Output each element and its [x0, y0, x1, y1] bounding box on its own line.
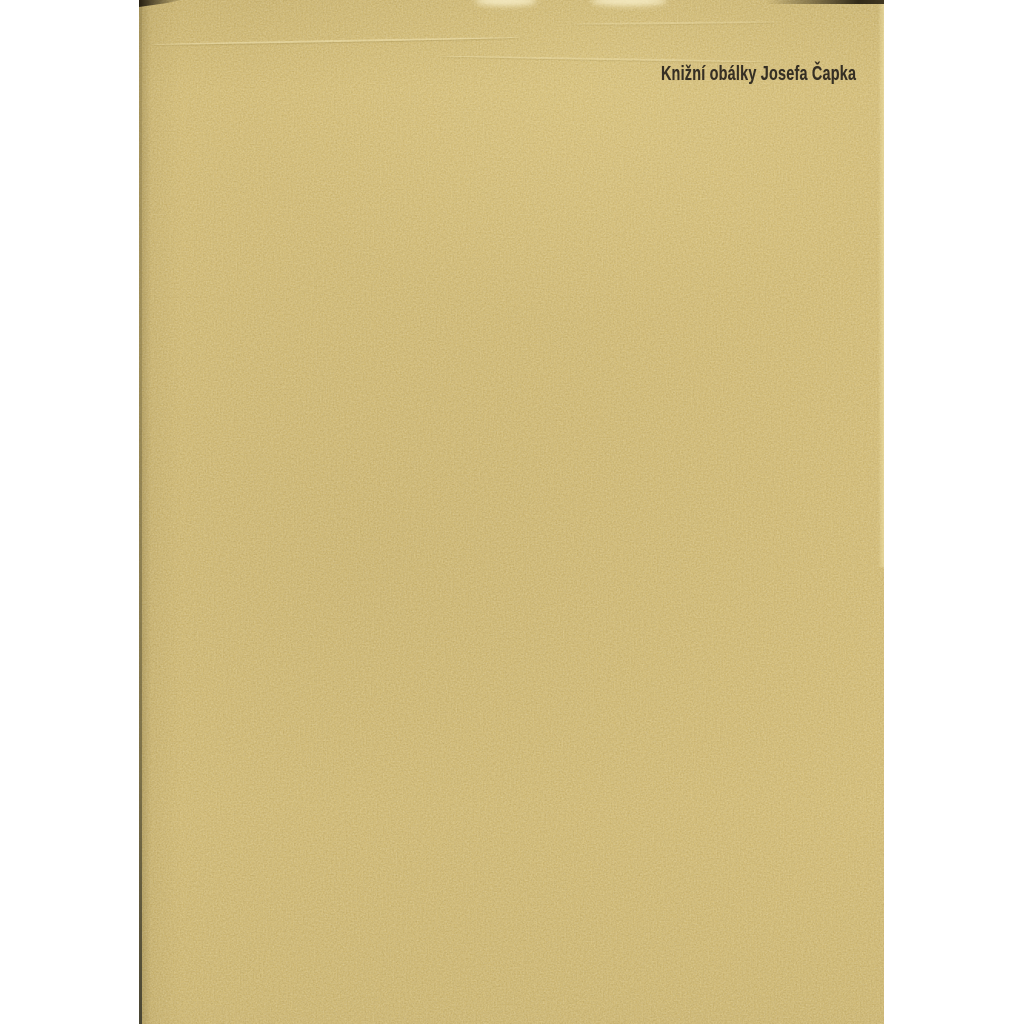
top-right-dark-edge	[767, 0, 884, 4]
cover-title: Knižní obálky Josefa Čapka	[661, 63, 856, 86]
right-edge-highlight	[878, 4, 884, 567]
top-edge-highlight	[591, 0, 667, 6]
paper-crease	[151, 36, 521, 45]
paper-grain-texture	[139, 0, 884, 1024]
book-cover-sheet: Knižní obálky Josefa Čapka	[139, 0, 884, 1024]
top-left-dark-wedge	[139, 0, 183, 7]
paper-crease	[439, 55, 769, 63]
grain-dark-layer	[139, 0, 884, 1024]
paper-crease	[569, 21, 779, 25]
left-edge-shadow	[142, 0, 151, 1024]
scan-background: Knižní obálky Josefa Čapka	[0, 0, 1024, 1024]
top-edge-highlight	[475, 0, 537, 6]
grain-light-layer	[139, 0, 884, 1024]
